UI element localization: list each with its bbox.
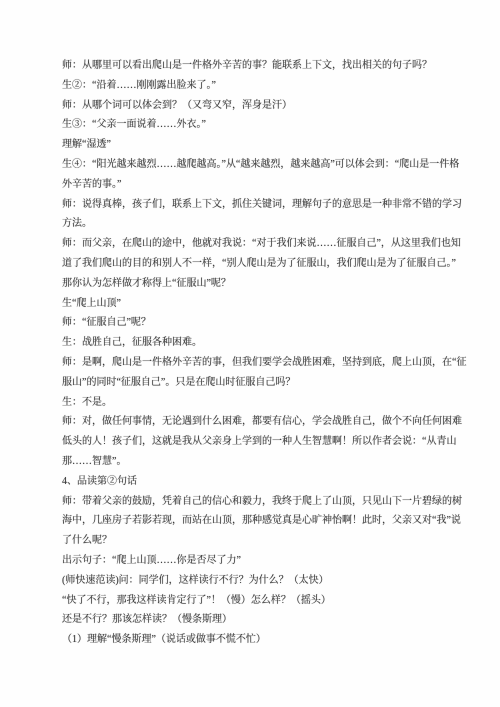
text-line: 师：从哪里可以看出爬山是一件格外辛苦的事？能联系上下文，找出相关的句子吗？ [62, 56, 454, 76]
text-line: 服山”的同时“征服自己”。只是在爬山时征服自己吗？ [62, 373, 454, 393]
text-line: 外辛苦的事。” [62, 175, 454, 195]
text-line: 那……智慧”。 [62, 452, 454, 472]
text-line: 师：而父亲，在爬山的途中，他就对我说：“对于我们来说……征服自己”，从这里我们也… [62, 234, 454, 254]
text-line: 师：是啊，爬山是一件格外辛苦的事，但我们要学会战胜困难，坚持到底，爬上山顶，在“… [62, 353, 454, 373]
text-line: 了什么呢？ [62, 531, 454, 551]
text-line: 出示句子：“爬上山顶……你是否尽了力” [62, 551, 454, 571]
text-line: 师：带着父亲的鼓励，凭着自己的信心和毅力，我终于爬上了山顶，只见山下一片碧绿的树 [62, 492, 454, 512]
text-line: 生：不是。 [62, 393, 454, 413]
text-line: 生②：“沿着……刚刚露出脸来了。” [62, 76, 454, 96]
text-line: 师：从哪个词可以体会到？（又弯又窄，浑身是汗） [62, 96, 454, 116]
text-line: 那你认为怎样做才称得上“征服山”呢？ [62, 274, 454, 294]
text-line: 师：“征服自己”呢？ [62, 313, 454, 333]
text-line: 师：对，做任何事情，无论遇到什么困难，都要有信心，学会战胜自己，做个不向任何困难 [62, 412, 454, 432]
text-line: 还是不行？那该怎样读？（慢条斯理） [62, 610, 454, 630]
text-line: 生③：“父亲一面说着……外衣。” [62, 115, 454, 135]
text-line: 生“爬上山顶” [62, 294, 454, 314]
text-line: 低头的人！孩子们，这就是我从父亲身上学到的一种人生智慧啊！所以作者会说：“从青山 [62, 432, 454, 452]
text-line: 4、品读第②句话 [62, 472, 454, 492]
text-line: 方法。 [62, 214, 454, 234]
text-line: 生：战胜自己，征服各种困难。 [62, 333, 454, 353]
text-line: （1）理解“慢条斯理”（说话或做事不慌不忙） [62, 630, 454, 650]
text-line: 道了我们爬山的目的和别人不一样，“别人爬山是为了征服山，我们爬山是为了征服自己。… [62, 254, 454, 274]
text-line: 海中，几座房子若影若现，而站在山顶，那种感觉真是心旷神怡啊！此时，父亲又对“我”… [62, 511, 454, 531]
text-line: 师：说得真棒，孩子们，联系上下文，抓住关键词，理解句子的意思是一种非常不错的学习 [62, 195, 454, 215]
text-line: (师快速范读)问：同学们，这样读行不行？为什么？（太快） [62, 571, 454, 591]
document-page: 师：从哪里可以看出爬山是一件格外辛苦的事？能联系上下文，找出相关的句子吗？ 生②… [0, 0, 500, 707]
text-line: 理解“湿透” [62, 135, 454, 155]
text-block: 师：从哪里可以看出爬山是一件格外辛苦的事？能联系上下文，找出相关的句子吗？ 生②… [62, 56, 454, 650]
text-line: “快了不行，那我这样读肯定行了”！（慢）怎么样？（摇头） [62, 591, 454, 611]
text-line: 生④：“阳光越来越烈……越爬越高。”从“越来越烈，越来越高”可以体会到：“爬山是… [62, 155, 454, 175]
